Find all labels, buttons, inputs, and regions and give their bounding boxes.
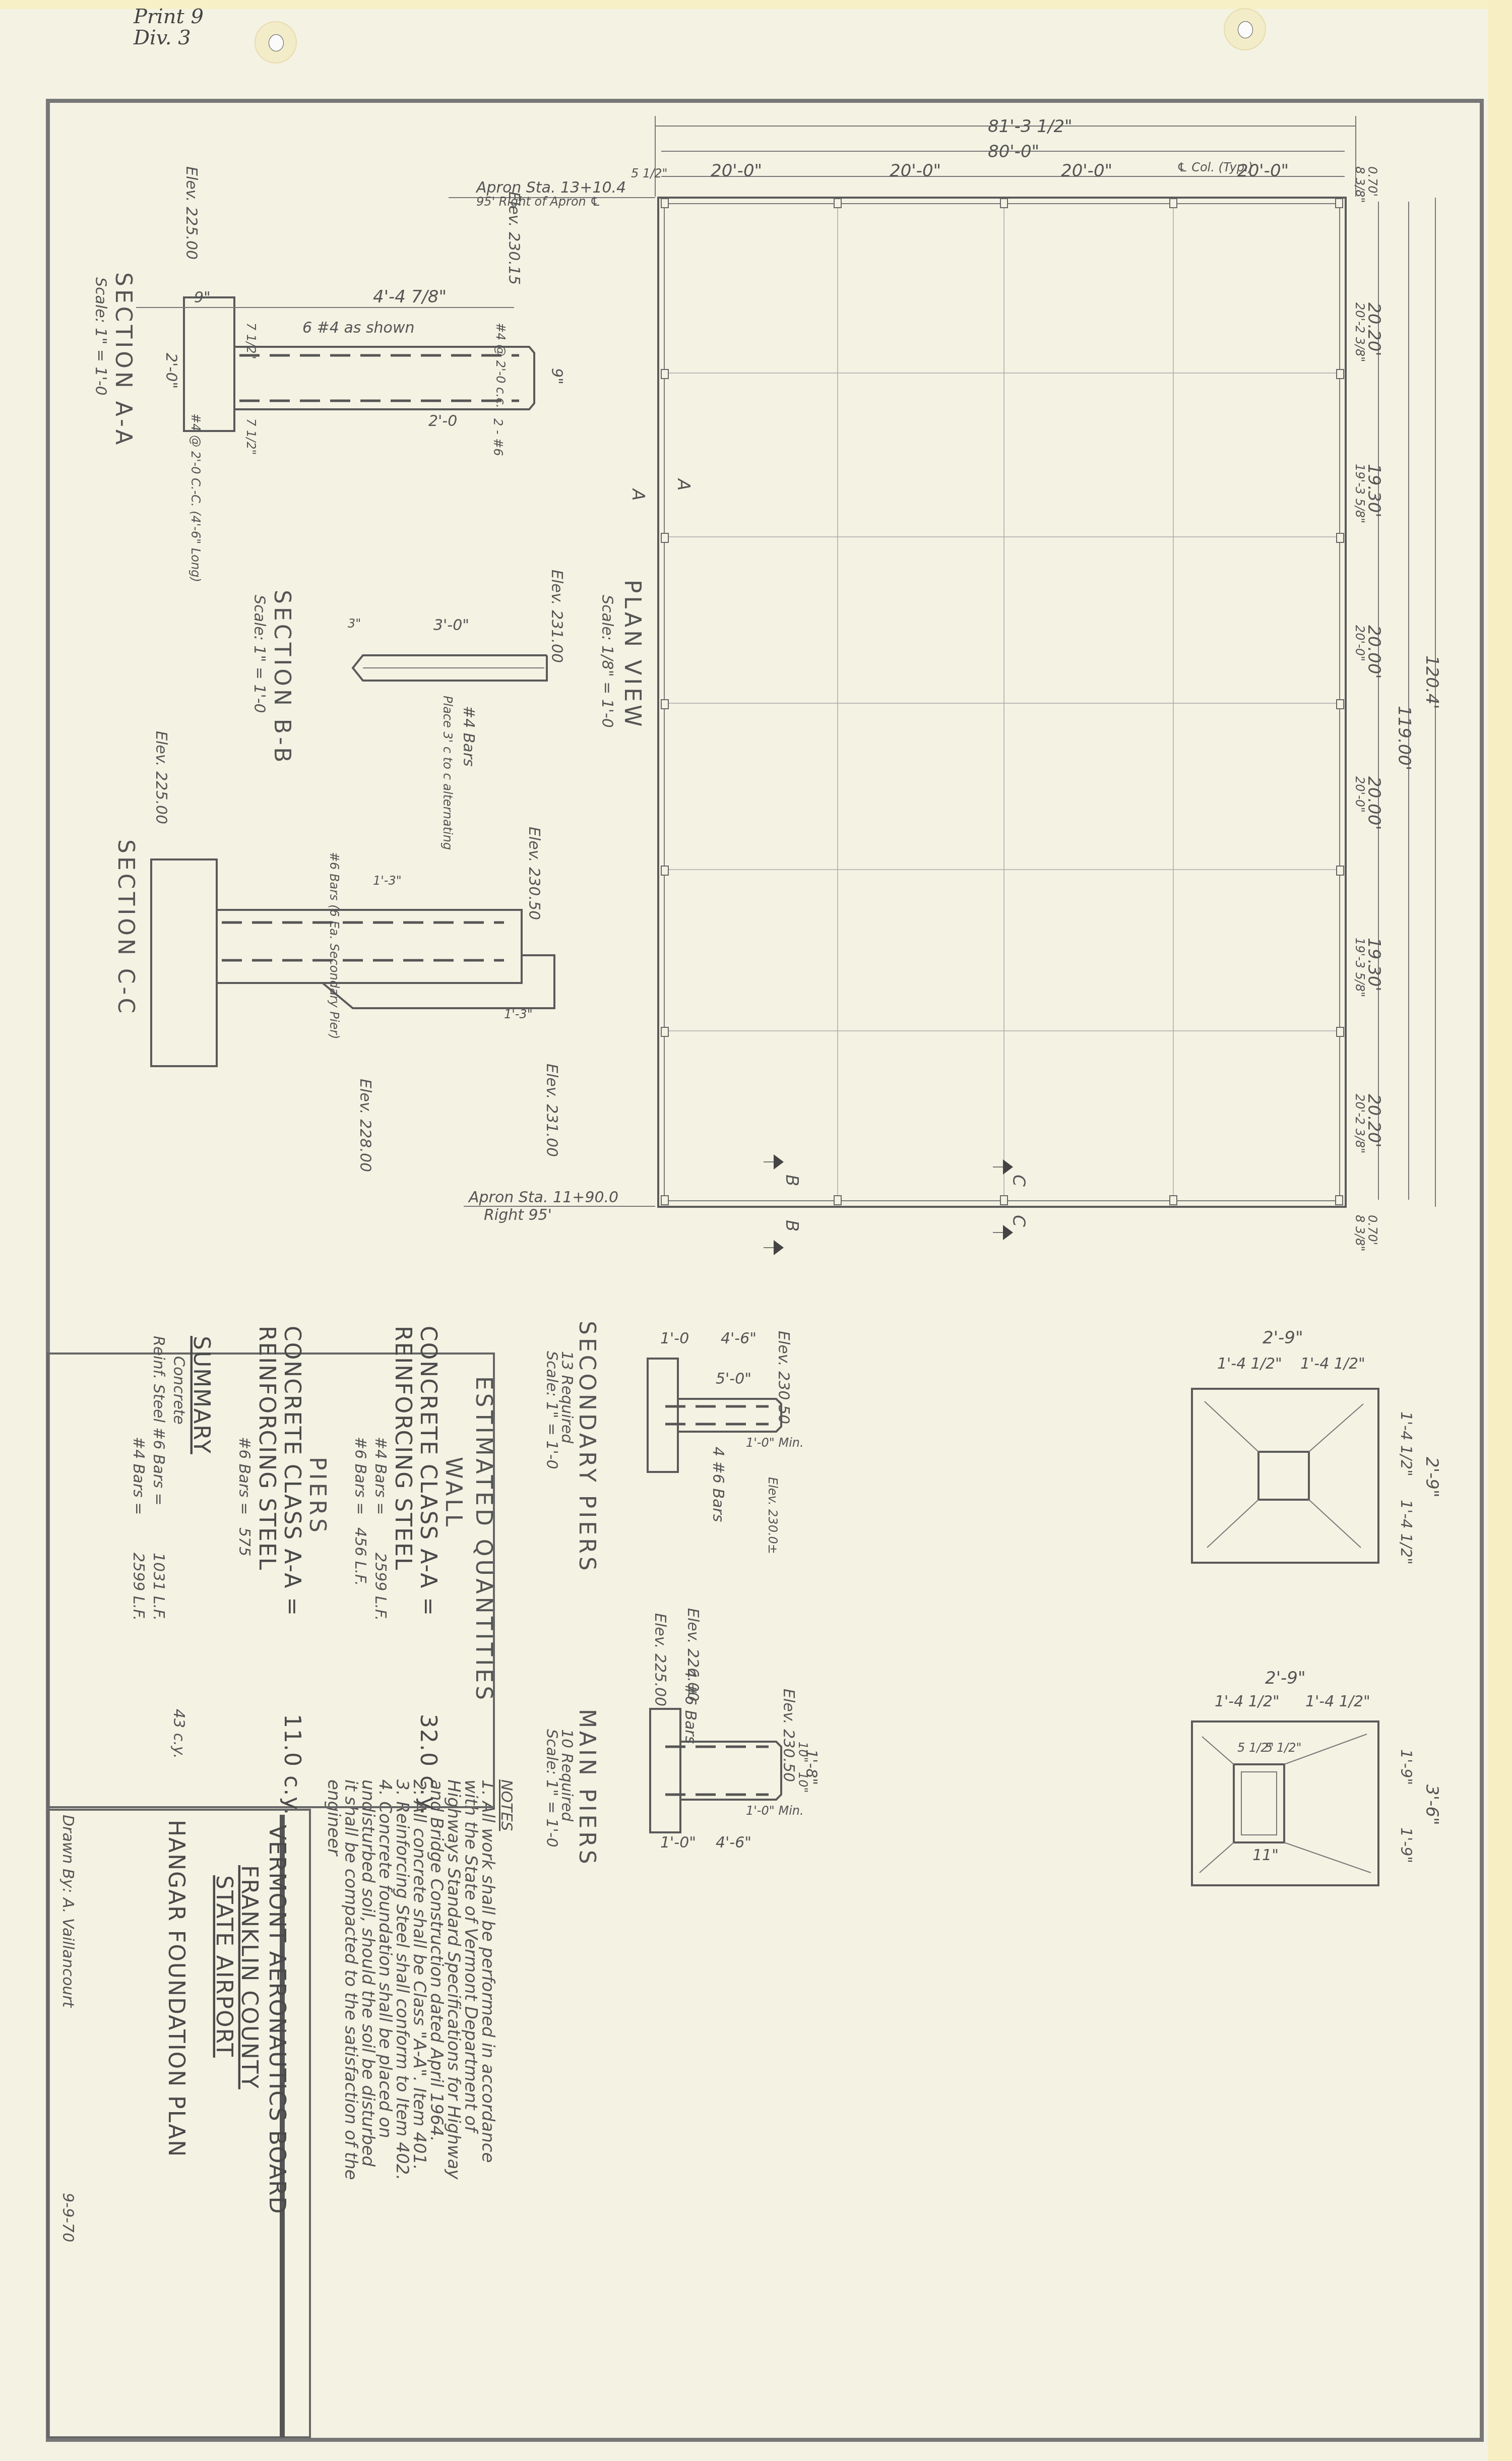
svg-text:9": 9" [194,289,211,306]
svg-text:4 #6 Bars: 4 #6 Bars [681,1669,699,1744]
county-name: FRANKLIN COUNTY [236,1865,262,2089]
svg-text:SUMMARY: SUMMARY [188,1336,214,1454]
drawing-title: HANGAR FOUNDATION PLAN [163,1820,189,2158]
section-bb: SECTION B-B Scale: 1" = 1'-0 Elev. 231.0… [250,570,565,850]
svg-text:MAIN PIERS: MAIN PIERS [574,1709,600,1867]
svg-text:Elev. 228.00: Elev. 228.00 [356,1079,374,1172]
svg-text:SECTION B-B: SECTION B-B [269,590,295,766]
agency-name: VERMONT AERONAUTICS BOARD [264,1825,290,2215]
svg-text:SECTION C-C: SECTION C-C [113,839,139,1016]
svg-text:11.0 c.y.: 11.0 c.y. [279,1714,305,1816]
svg-text:#6 Bars (6 Ea. Secondary Pier): #6 Bars (6 Ea. Secondary Pier) [327,852,341,1039]
svg-text:C: C [1009,1215,1029,1227]
svg-text:B: B [782,1220,802,1232]
general-notes: NOTES 1. All work shall be performed in … [324,1779,515,2180]
plan-outline-outer [658,198,1346,1207]
svg-text:1031 L.F.: 1031 L.F. [150,1553,167,1621]
svg-text:2'-0: 2'-0 [428,412,457,430]
svg-text:1'-4 1/2": 1'-4 1/2" [1305,1693,1370,1710]
svg-text:3'-0": 3'-0" [433,617,469,634]
svg-text:6 #4 as shown: 6 #4 as shown [302,319,414,337]
plan-view-scale: Scale: 1/8" = 1'-0 [598,595,616,728]
airport-name: STATE AIRPORT [211,1875,237,2058]
svg-text:8 3/8": 8 3/8" [1353,166,1367,203]
svg-text:2 - #6: 2 - #6 [491,418,505,456]
svg-text:Elev. 231.00: Elev. 231.00 [543,1064,560,1157]
svg-text:Elev. 230.50: Elev. 230.50 [775,1331,792,1424]
secondary-piers-plan: 2'-9" 1'-4 1/2" 1'-4 1/2" 2'-9" 1'-4 1/2… [1192,1328,1442,1565]
svg-text:1'-3": 1'-3" [373,874,402,888]
svg-text:8 3/8": 8 3/8" [1353,1215,1367,1252]
dim-bay-1: 20'-0" [711,161,762,181]
svg-text:WALL: WALL [440,1457,466,1529]
plan-view-title: PLAN VIEW [619,580,645,729]
svg-text:Apron Sta. 11+90.0: Apron Sta. 11+90.0 [468,1189,618,1206]
dim-bay-2: 20'-0" [890,161,941,181]
station-top: Apron Sta. 13+10.4 95' Right of Apron ℄ [449,179,655,209]
svg-text:C: C [1009,1175,1029,1187]
svg-text:2'-0": 2'-0" [162,353,180,389]
svg-text:5 1/2": 5 1/2" [1265,1741,1302,1755]
section-cc: SECTION C-C Elev. 225.00 Elev. 230.50 El… [113,731,560,1172]
svg-text:#6 Bars =: #6 Bars = [351,1437,369,1515]
svg-text:Scale: 1" = 1'-0: Scale: 1" = 1'-0 [543,1729,560,1848]
svg-text:SECONDARY PIERS: SECONDARY PIERS [574,1321,600,1574]
svg-text:2599 L.F.: 2599 L.F. [130,1553,147,1621]
svg-text:#4 Bars: #4 Bars [460,706,477,767]
svg-text:CONCRETE CLASS A-A =: CONCRETE CLASS A-A = [279,1326,305,1617]
drawing-canvas: 81'-3 1/2" 80'-0" 20'-0" 20'-0" 20'-0" 2… [0,0,1512,2461]
drawing-date: 9-9-70 [59,2193,77,2242]
svg-text:#4 @ 2'-0 C.-C. (4'-6" Long): #4 @ 2'-0 C.-C. (4'-6" Long) [188,413,203,582]
svg-text:43 c.y.: 43 c.y. [170,1709,187,1759]
svg-text:CONCRETE CLASS A-A =: CONCRETE CLASS A-A = [415,1326,441,1617]
svg-text:1'-0" Min.: 1'-0" Min. [746,1804,804,1818]
svg-text:2599 L.F.: 2599 L.F. [371,1553,389,1621]
svg-text:1'-4 1/2": 1'-4 1/2" [1397,1411,1415,1476]
svg-text:20'-0": 20'-0" [1353,625,1367,661]
svg-text:Elev. 230.0±: Elev. 230.0± [766,1477,780,1554]
svg-text:456 L.F.: 456 L.F. [351,1527,369,1586]
main-piers-elevation: MAIN PIERS 10 Required Scale: 1" = 1'-0 … [543,1608,820,1867]
svg-text:2'-9": 2'-9" [1265,1668,1306,1688]
svg-text:SECTION A-A: SECTION A-A [110,272,136,448]
svg-text:Scale: 1" = 1'-0: Scale: 1" = 1'-0 [543,1351,560,1469]
svg-text:#4 @ 2'-0 c.c.: #4 @ 2'-0 c.c. [493,323,508,408]
svg-text:2'-9": 2'-9" [1422,1457,1442,1498]
svg-text:ESTIMATED QUANTITIES: ESTIMATED QUANTITIES [471,1376,496,1703]
side-dimensions: 20.20' 20'-2 3/8" 19.30' 19'-3 5/8" 20.0… [1353,166,1442,1252]
section-markers: A A B B C C [628,478,1029,1255]
svg-text:4'-4 7/8": 4'-4 7/8" [373,287,447,307]
svg-text:1'-0: 1'-0 [660,1330,689,1347]
svg-text:Elev. 230.50: Elev. 230.50 [525,827,543,920]
svg-text:19'-3 5/8": 19'-3 5/8" [1353,938,1367,997]
svg-text:3'-6": 3'-6" [1422,1785,1442,1825]
secondary-piers-elevation: SECONDARY PIERS 13 Required Scale: 1" = … [543,1321,804,1574]
plan-view: 81'-3 1/2" 80'-0" 20'-0" 20'-0" 20'-0" 2… [449,116,1442,1255]
dim-overall-outer: 81'-3 1/2" [988,116,1073,137]
svg-text:1'-0": 1'-0" [660,1834,696,1852]
main-piers-plan: 2'-9" 1'-4 1/2" 1'-4 1/2" 5 1/2" 5 1/2" … [1192,1668,1442,1885]
svg-text:NOTES: NOTES [497,1779,515,1831]
svg-text:B: B [782,1175,802,1186]
svg-text:9": 9" [548,368,565,385]
dim-bay-3: 20'-0" [1061,161,1112,181]
title-block: VERMONT AERONAUTICS BOARD FRANKLIN COUNT… [59,1815,290,2242]
svg-text:A: A [673,478,694,490]
svg-text:4'-6": 4'-6" [716,1834,751,1852]
svg-text:PIERS: PIERS [304,1457,330,1535]
svg-text:1'-8": 1'-8" [802,1749,820,1785]
svg-text:A: A [628,488,648,501]
svg-text:Elev. 231.00: Elev. 231.00 [548,570,565,663]
svg-text:Elev. 230.15: Elev. 230.15 [505,192,523,285]
svg-text:95' Right of Apron ℄: 95' Right of Apron ℄ [476,195,601,209]
svg-text:575: 575 [235,1527,253,1556]
drawing-sheet: Print 9 Div. 3 81'-3 1/2" 80'-0" 20'-0" … [0,0,1512,2461]
dim-overall: 80'-0" [988,142,1039,162]
svg-text:Elev. 230.50: Elev. 230.50 [780,1689,797,1782]
svg-text:Elev. 225.00: Elev. 225.00 [651,1613,669,1706]
svg-text:32.0 c.y.: 32.0 c.y. [415,1714,441,1816]
svg-text:11": 11" [1252,1847,1279,1864]
section-aa: SECTION A-A Scale: 1" = 1'-0 Elev. 225.0… [92,166,565,582]
svg-text:Reinf. Steel #6 Bars =: Reinf. Steel #6 Bars = [150,1336,167,1506]
svg-text:Elev. 225.00: Elev. 225.00 [182,166,200,260]
svg-text:19'-3 5/8": 19'-3 5/8" [1353,464,1367,523]
svg-text:#4 Bars =: #4 Bars = [371,1437,389,1515]
svg-text:20'-0": 20'-0" [1353,776,1367,813]
svg-text:REINFORCING STEEL: REINFORCING STEEL [254,1326,280,1571]
svg-text:0.70': 0.70' [1365,1215,1379,1245]
svg-text:4'-6": 4'-6" [721,1330,757,1347]
svg-text:Place 3' c to c alternating: Place 3' c to c alternating [440,696,455,850]
svg-text:0.70': 0.70' [1365,166,1379,197]
svg-text:20'-2 3/8": 20'-2 3/8" [1353,1094,1367,1153]
svg-text:1'-9": 1'-9" [1397,1827,1415,1863]
dim-edge-offset: 5 1/2" [631,166,668,180]
svg-text:1'-4 1/2": 1'-4 1/2" [1397,1500,1415,1565]
svg-text:7 1/2": 7 1/2" [244,418,258,455]
svg-text:4 #6 Bars: 4 #6 Bars [709,1447,727,1522]
svg-text:1'-9": 1'-9" [1397,1749,1415,1785]
svg-text:1'-4 1/2": 1'-4 1/2" [1217,1355,1282,1373]
plan-outline-inner [664,204,1340,1201]
svg-text:5'-0": 5'-0" [716,1370,751,1388]
svg-text:Right 95': Right 95' [484,1206,552,1224]
svg-text:119.00': 119.00' [1394,706,1414,770]
sheet-border [48,101,1482,2440]
svg-text:7 1/2": 7 1/2" [244,323,258,359]
svg-text:3": 3" [348,617,361,631]
svg-text:engineer: engineer [324,1779,344,1857]
svg-text:1'-4 1/2": 1'-4 1/2" [1215,1693,1280,1710]
estimated-quantities: ESTIMATED QUANTITIES WALL CONCRETE CLASS… [130,1326,496,1816]
svg-text:Scale: 1" = 1'-0: Scale: 1" = 1'-0 [92,277,109,396]
svg-text:Scale: 1" = 1'-0: Scale: 1" = 1'-0 [250,595,268,713]
svg-text:2'-9": 2'-9" [1263,1328,1303,1348]
svg-text:Apron Sta. 13+10.4: Apron Sta. 13+10.4 [475,179,626,197]
svg-text:1'-3": 1'-3" [504,1007,533,1021]
svg-text:1'-0" Min.: 1'-0" Min. [746,1436,804,1450]
svg-text:120.4': 120.4' [1422,655,1442,709]
svg-text:Concrete: Concrete [170,1356,187,1425]
col-typ-note: ℄ Col. (Typ.) [1177,160,1253,174]
svg-text:#6 Bars =: #6 Bars = [235,1437,253,1515]
svg-text:Elev. 225.00: Elev. 225.00 [152,731,170,824]
svg-text:#4 Bars =: #4 Bars = [130,1437,147,1515]
svg-text:1'-4 1/2": 1'-4 1/2" [1300,1355,1365,1373]
svg-text:20'-2 3/8": 20'-2 3/8" [1353,302,1367,362]
station-bottom: Apron Sta. 11+90.0 Right 95' [464,1189,655,1224]
drawn-by: Drawn By: A. Vaillancourt [59,1815,77,2008]
column-markers [661,199,1344,1205]
svg-text:REINFORCING STEEL: REINFORCING STEEL [390,1326,416,1571]
